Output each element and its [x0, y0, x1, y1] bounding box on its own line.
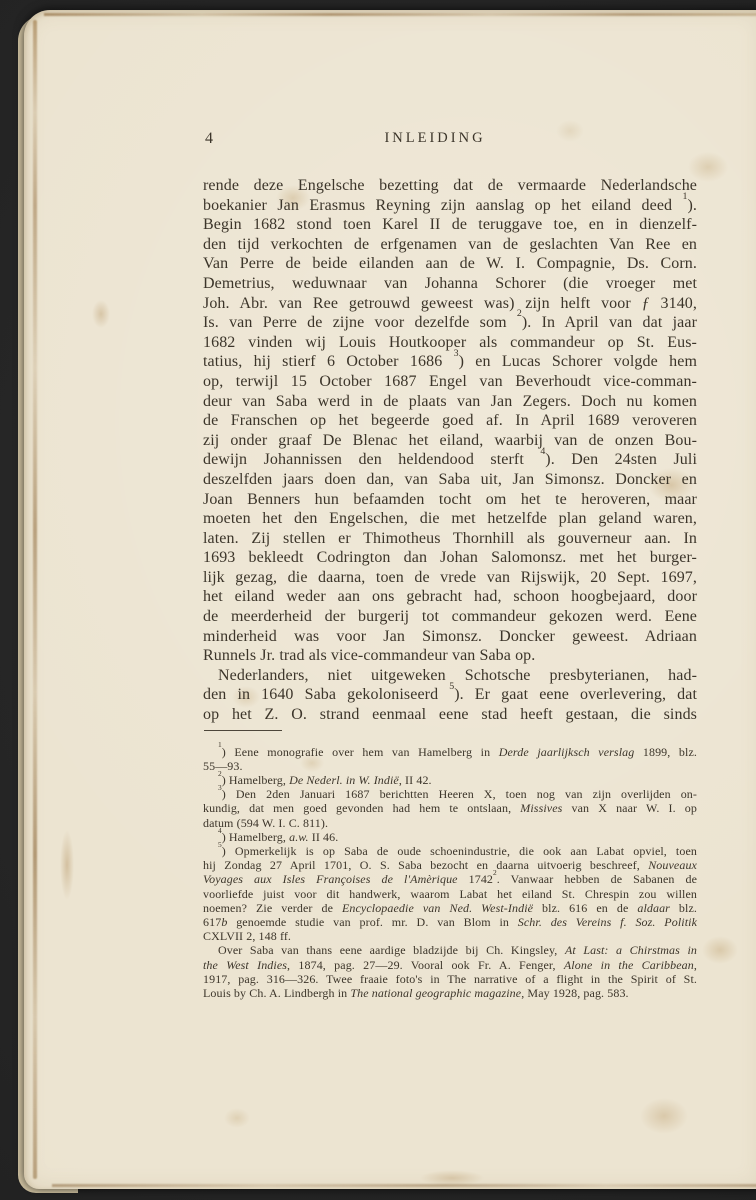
paragraph: Nederlanders, niet uitgeweken Schotsche … — [203, 666, 697, 725]
page-edge-bottom — [52, 1184, 756, 1187]
text-line: de meerderheid der burgerij tot commande… — [203, 607, 697, 627]
text-line: Demetrius, weduwnaar van Johanna Schorer… — [203, 274, 697, 294]
text-line: Voyages aux Isles Françoises de l'Amèriq… — [203, 872, 697, 886]
text-line: zij onder graaf De Blenac het eiland, wa… — [203, 431, 697, 451]
page-number: 4 — [205, 130, 214, 148]
text-line: 1693 bekleedt Codrington dan Johan Salom… — [203, 548, 697, 568]
text-line: lijk gezag, die daarna, toen de vrede va… — [203, 568, 697, 588]
text-line: dewijn Johannissen den heldendood sterft… — [203, 450, 697, 470]
foxing-stain — [60, 830, 74, 900]
body-text: rende deze Engelsche bezetting dat de ve… — [203, 176, 697, 725]
text-line: rende deze Engelsche bezetting dat de ve… — [203, 176, 697, 196]
foxing-stain — [92, 300, 110, 328]
text-line: Runnels Jr. trad als vice-commandeur van… — [203, 646, 697, 666]
text-line: Begin 1682 stond toen Karel II de terugg… — [203, 215, 697, 235]
text-line: de Franschen op het begeerde goed af. In… — [203, 411, 697, 431]
text-line: 4) Hamelberg, a.w. II 46. — [203, 830, 697, 844]
page-header: 4 INLEIDING — [203, 130, 697, 150]
text-line: deszelfden jaars doen dan, van Saba uit,… — [203, 470, 697, 490]
text-block: 4 INLEIDING rende deze Engelsche bezetti… — [203, 130, 697, 1000]
text-line: 55—93. — [203, 759, 697, 773]
text-line: minderheid was voor Jan Simonsz. Doncker… — [203, 627, 697, 647]
text-line: Louis by Ch. A. Lindbergh in The nationa… — [203, 986, 697, 1000]
text-line: den in 1640 Saba gekoloniseerd 5). Er ga… — [203, 685, 697, 705]
text-line: the West Indies, 1874, pag. 27—29. Voora… — [203, 958, 697, 972]
text-line: 1) Eene monografie over hem van Hamelber… — [203, 745, 697, 759]
text-line: het eiland weder aan ons gebracht had, s… — [203, 587, 697, 607]
text-line: 2) Hamelberg, De Nederl. in W. Indië, II… — [203, 773, 697, 787]
page-edge-left — [33, 20, 37, 1179]
footnotes: 1) Eene monografie over hem van Hamelber… — [203, 745, 697, 1001]
text-line: moeten het den Engelschen, die met hetze… — [203, 509, 697, 529]
text-line: 5) Opmerkelijk is op Saba de oude schoen… — [203, 844, 697, 858]
text-line: Joan Benners hun befaamden tocht om het … — [203, 490, 697, 510]
text-line: Is. van Perre de zijne voor dezelfde som… — [203, 313, 697, 333]
text-line: 1917, pag. 316—326. Twee fraaie foto's i… — [203, 972, 697, 986]
foxing-stain — [702, 936, 738, 964]
text-line: Over Saba van thans eene aardige bladzij… — [203, 943, 697, 957]
text-line: op het Z. O. strand eenmaal eene stad he… — [203, 705, 697, 725]
running-header: INLEIDING — [203, 130, 667, 147]
scanned-book-page-screenshot: { "page_meta": { "page_number": "4", "ru… — [0, 0, 756, 1200]
text-line: deur van Saba werd in de plaats van Jan … — [203, 392, 697, 412]
text-line: laten. Zij stellen er Thimotheus Thornhi… — [203, 529, 697, 549]
text-line: op, terwijl 15 October 1687 Engel van Be… — [203, 372, 697, 392]
text-line: Joh. Abr. van Ree getrouwd geweest was) … — [203, 294, 697, 314]
text-line: 1682 vinden wij Louis Houtkooper als com… — [203, 333, 697, 353]
paragraph: rende deze Engelsche bezetting dat de ve… — [203, 176, 697, 666]
text-line: hij Zondag 27 April 1701, O. S. Saba bez… — [203, 858, 697, 872]
text-line: CXLVII 2, 148 ff. — [203, 929, 697, 943]
text-line: noemen? Zie verder de Encyclopaedie van … — [203, 901, 697, 915]
text-line: 617b genoemde studie van prof. mr. D. va… — [203, 915, 697, 929]
text-line: voorliefde juist voor dit handwerk, waar… — [203, 887, 697, 901]
text-line: tatius, hij stierf 6 October 1686 3) en … — [203, 352, 697, 372]
text-line: Van Perre de beide eilanden aan de W. I.… — [203, 254, 697, 274]
page-edge-top — [44, 13, 756, 16]
text-line: den tijd verkochten de erfgenamen van de… — [203, 235, 697, 255]
book-page: 4 INLEIDING rende deze Engelsche bezetti… — [24, 10, 756, 1189]
text-line: boekanier Jan Erasmus Reyning zijn aansl… — [203, 196, 697, 216]
footnote-separator — [204, 730, 282, 731]
text-line: datum (594 W. I. C. 811). — [203, 816, 697, 830]
foxing-stain — [640, 1098, 688, 1134]
foxing-stain — [224, 1108, 250, 1128]
text-line: 3) Den 2den Januari 1687 berichtten Heer… — [203, 787, 697, 801]
text-line: kundig, dat men goed gevonden had hem te… — [203, 801, 697, 815]
